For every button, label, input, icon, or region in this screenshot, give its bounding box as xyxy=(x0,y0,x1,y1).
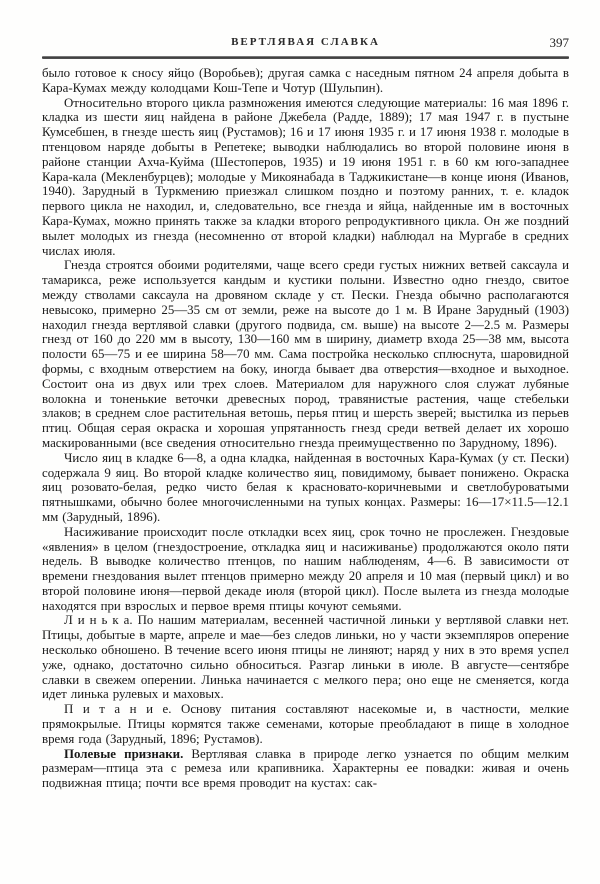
paragraph-lead: Полевые признаки. xyxy=(64,747,183,761)
running-title: ВЕРТЛЯВАЯ СЛАВКА xyxy=(42,36,569,48)
paragraph: Гнезда строятся обоими родителями, чаще … xyxy=(42,258,569,450)
paragraph-text: было готовое к сносу яйцо (Воробьев); др… xyxy=(42,66,569,95)
paragraph-molt: Л и н ь к а. По нашим материалам, весенн… xyxy=(42,613,569,702)
header-divider xyxy=(42,56,569,59)
running-header: ВЕРТЛЯВАЯ СЛАВКА 397 xyxy=(42,36,569,52)
paragraph-text: Относительно второго цикла размножения и… xyxy=(42,96,569,258)
page-content: было готовое к сносу яйцо (Воробьев); др… xyxy=(42,66,569,791)
page-number: 397 xyxy=(550,35,570,51)
paragraph: Относительно второго цикла размножения и… xyxy=(42,96,569,259)
paragraph-text: Гнезда строятся обоими родителями, чаще … xyxy=(42,258,569,450)
paragraph-text: Насиживание происходит после откладки вс… xyxy=(42,525,569,613)
paragraph-lead: Л и н ь к а. xyxy=(64,613,133,627)
paragraph-text: Число яиц в кладке 6—8, а одна кладка, н… xyxy=(42,451,569,524)
book-page: ВЕРТЛЯВАЯ СЛАВКА 397 было готовое к снос… xyxy=(0,0,600,884)
paragraph-feeding: П и т а н и е. Основу питания составляют… xyxy=(42,702,569,746)
paragraph: Число яиц в кладке 6—8, а одна кладка, н… xyxy=(42,451,569,525)
paragraph-field-marks: Полевые признаки. Вертлявая славка в при… xyxy=(42,747,569,791)
paragraph: было готовое к сносу яйцо (Воробьев); др… xyxy=(42,66,569,96)
paragraph-lead: П и т а н и е. xyxy=(64,702,171,716)
paragraph: Насиживание происходит после откладки вс… xyxy=(42,525,569,614)
